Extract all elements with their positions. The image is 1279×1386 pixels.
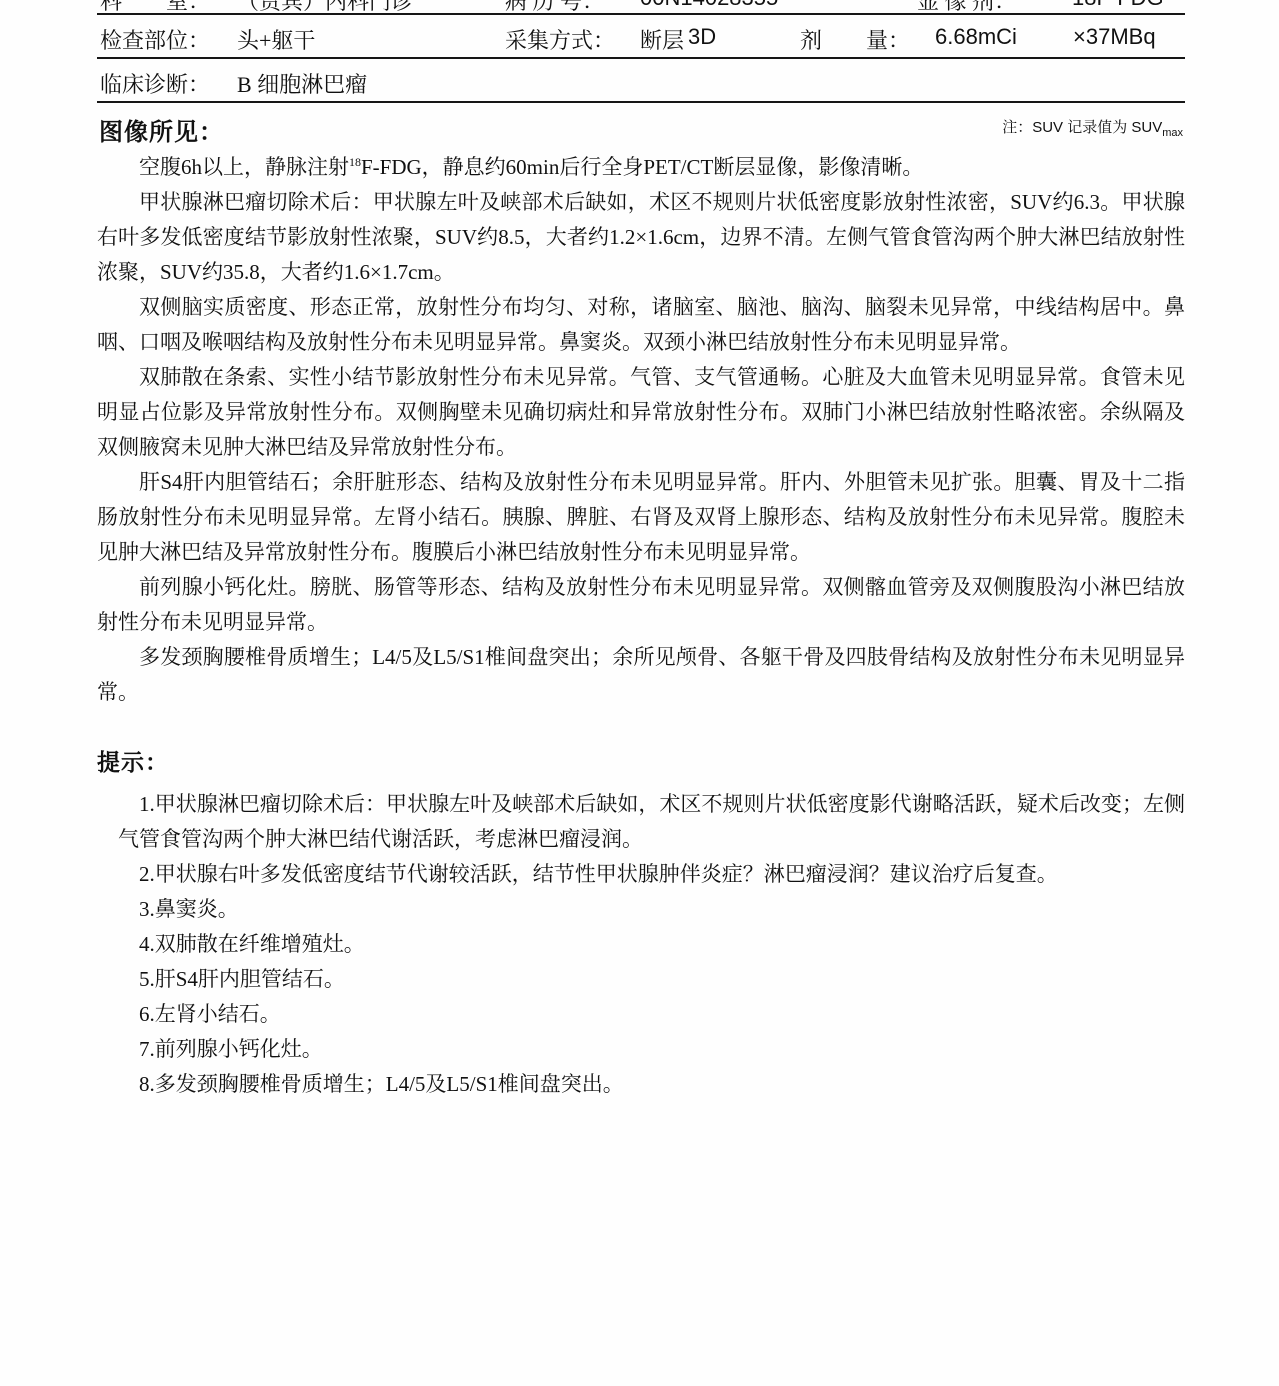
isotope-superscript: 18 [349,155,361,169]
findings-paragraph-skeleton: 多发颈胸腰椎骨质增生；L4/5及L5/S1椎间盘突出；余所见颅骨、各躯干骨及四肢… [97,640,1185,710]
tracer-value: 18F-FDG [1072,0,1164,11]
suv-note: 注：SUV 记录值为 SUVmax [1002,116,1183,139]
findings-p1-after: F-FDG，静息约60min后行全身PET/CT断层显像，影像清晰。 [361,155,923,179]
acquisition-mode-value-cn: 断层 [640,24,684,55]
exam-site-value: 头+躯干 [237,24,315,55]
impression-item-1: 1.甲状腺淋巴瘤切除术后：甲状腺左叶及峡部术后缺如，术区不规则片状低密度影代谢略… [97,787,1185,857]
clinical-diagnosis-label: 临床诊断： [100,68,210,99]
findings-paragraph-thyroid: 甲状腺淋巴瘤切除术后：甲状腺左叶及峡部术后缺如，术区不规则片状低密度影放射性浓密… [97,185,1185,290]
dose-value-mbq: ×37MBq [1073,24,1156,50]
findings-paragraph-lungs: 双肺散在条索、实性小结节影放射性分布未见异常。气管、支气管通畅。心脏及大血管未见… [97,360,1185,465]
impression-body: 1.甲状腺淋巴瘤切除术后：甲状腺左叶及峡部术后缺如，术区不规则片状低密度影代谢略… [97,787,1185,1102]
acquisition-mode-value-en: 3D [688,24,716,50]
suv-note-text: 注：SUV 记录值为 SUV [1002,119,1162,136]
department-label: 科 室： [100,0,210,15]
header-row-exam: 检查部位： 头+躯干 采集方式： 断层 3D 剂 量： 6.68mCi ×37M… [97,15,1185,59]
report-page: 科 室： （贵宾）内科门诊 病 历 号： 00N14028355 显 像 剂： … [0,0,1279,1386]
impression-item-2: 2.甲状腺右叶多发低密度结节代谢较活跃，结节性甲状腺肿伴炎症？淋巴瘤浸润？建议治… [97,857,1185,892]
impression-item-8: 8.多发颈胸腰椎骨质增生；L4/5及L5/S1椎间盘突出。 [97,1067,1185,1102]
findings-header: 图像所见： 注：SUV 记录值为 SUVmax [97,112,1185,150]
impression-section-title: 提示： [97,744,1185,777]
impression-item-7: 7.前列腺小钙化灶。 [97,1032,1185,1067]
report-document: 科 室： （贵宾）内科门诊 病 历 号： 00N14028355 显 像 剂： … [97,0,1185,1102]
findings-paragraph-abdomen: 肝S4肝内胆管结石；余肝脏形态、结构及放射性分布未见明显异常。肝内、外胆管未见扩… [97,465,1185,570]
dose-label-b: 量： [866,24,910,55]
header-row-clipped: 科 室： （贵宾）内科门诊 病 历 号： 00N14028355 显 像 剂： … [97,0,1185,15]
impression-item-5: 5.肝S4肝内胆管结石。 [97,962,1185,997]
clinical-diagnosis-value: B 细胞淋巴瘤 [237,68,367,99]
department-value: （贵宾）内科门诊 [237,0,413,15]
record-number-value: 00N14028355 [640,0,778,11]
tracer-label: 显 像 剂： [917,0,1016,15]
findings-p1-before: 空腹6h以上，静脉注射 [139,155,349,179]
impression-item-6: 6.左肾小结石。 [97,997,1185,1032]
record-number-label: 病 历 号： [505,0,604,15]
findings-section-title: 图像所见： [99,112,224,147]
suv-note-subscript: max [1162,127,1183,139]
exam-site-label: 检查部位： [100,24,210,55]
findings-paragraph-injection: 空腹6h以上，静脉注射18F-FDG，静息约60min后行全身PET/CT断层显… [97,150,1185,185]
header-row-clipped-content: 科 室： （贵宾）内科门诊 病 历 号： 00N14028355 显 像 剂： … [97,0,1185,13]
impression-item-3: 3.鼻窦炎。 [97,892,1185,927]
findings-paragraph-pelvis: 前列腺小钙化灶。膀胱、肠管等形态、结构及放射性分布未见明显异常。双侧髂血管旁及双… [97,570,1185,640]
acquisition-mode-label: 采集方式： [505,24,615,55]
findings-body: 空腹6h以上，静脉注射18F-FDG，静息约60min后行全身PET/CT断层显… [97,150,1185,710]
dose-value: 6.68mCi [935,24,1017,50]
impression-item-4: 4.双肺散在纤维增殖灶。 [97,927,1185,962]
header-row-diagnosis: 临床诊断： B 细胞淋巴瘤 [97,59,1185,103]
dose-label-a: 剂 [800,24,822,55]
findings-paragraph-brain: 双侧脑实质密度、形态正常，放射性分布均匀、对称，诸脑室、脑池、脑沟、脑裂未见异常… [97,290,1185,360]
